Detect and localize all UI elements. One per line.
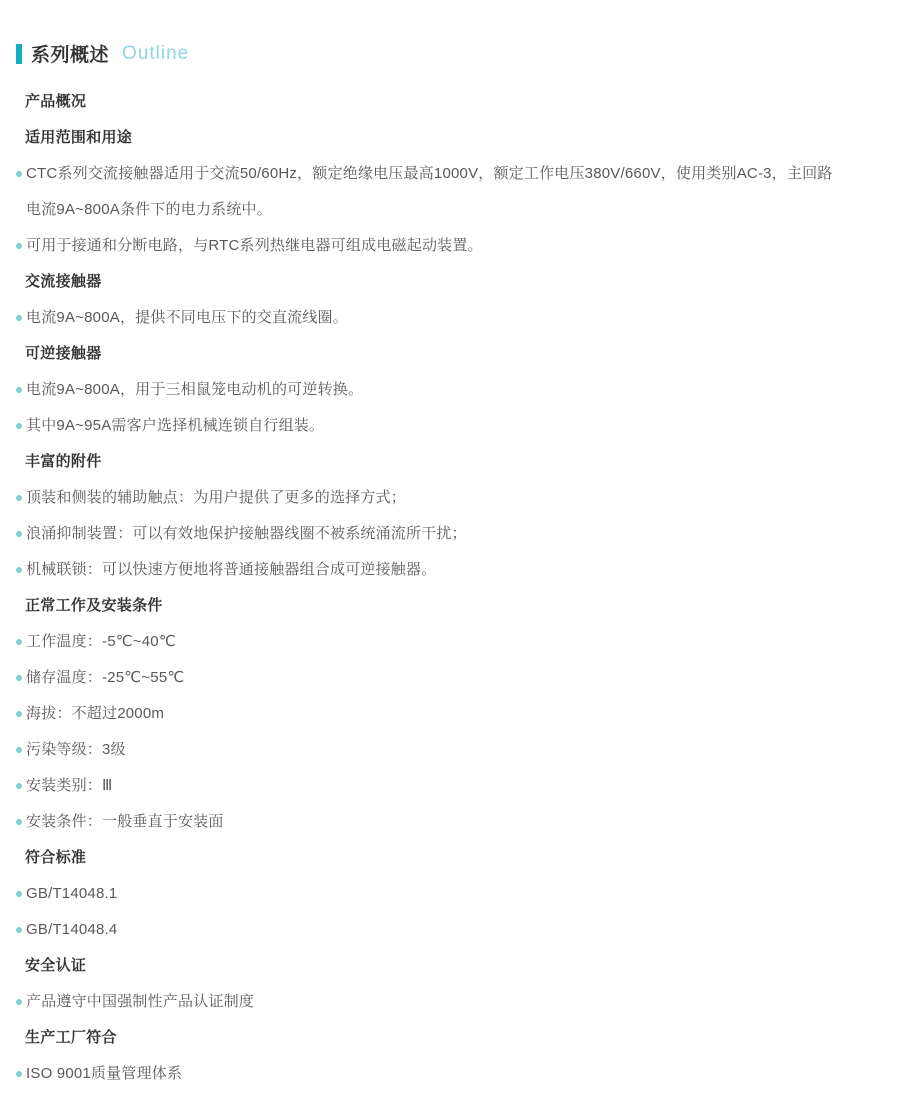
section-heading: 丰富的附件 — [25, 444, 834, 480]
bullet-item: GB/T14048.1 — [16, 876, 834, 912]
bullet-list: GB/T14048.1 GB/T14048.4 — [16, 876, 834, 948]
section-heading: 符合标准 — [25, 840, 834, 876]
section-heading: 适用范围和用途 — [25, 120, 834, 156]
section-heading: 交流接触器 — [25, 264, 834, 300]
bullet-item: 污染等级：3级 — [16, 732, 834, 768]
bullet-text: 电流9A~800A，提供不同电压下的交直流线圈。 — [26, 309, 348, 326]
bullet-text: 浪涌抑制装置：可以有效地保护接触器线圈不被系统涌流所干扰； — [26, 525, 467, 542]
bullet-icon — [16, 819, 22, 825]
bullet-text: 储存温度：-25℃~55℃ — [26, 669, 184, 686]
bullet-item: 储存温度：-25℃~55℃ — [16, 660, 834, 696]
accent-bar-icon — [16, 44, 22, 64]
bullet-item: 电流9A~800A，提供不同电压下的交直流线圈。 — [16, 300, 834, 336]
section-ac-contactor: 交流接触器 电流9A~800A，提供不同电压下的交直流线圈。 — [16, 264, 834, 336]
bullet-list: CTC系列交流接触器适用于交流50/60Hz，额定绝缘电压最高1000V，额定工… — [16, 156, 834, 264]
bullet-icon — [16, 927, 22, 933]
section-heading: 正常工作及安装条件 — [25, 588, 834, 624]
section-reversible-contactor: 可逆接触器 电流9A~800A，用于三相鼠笼电动机的可逆转换。 其中9A~95A… — [16, 336, 834, 444]
document-page: 系列概述 Outline 产品概况 适用范围和用途 CTC系列交流接触器适用于交… — [0, 0, 900, 1109]
bullet-icon — [16, 891, 22, 897]
bullet-icon — [16, 495, 22, 501]
section-safety-certification: 安全认证 产品遵守中国强制性产品认证制度 — [16, 948, 834, 1020]
bullet-item: 安装条件：一般垂直于安装面 — [16, 804, 834, 840]
bullet-text: 工作温度：-5℃~40℃ — [26, 633, 176, 650]
bullet-icon — [16, 675, 22, 681]
bullet-icon — [16, 423, 22, 429]
section-heading: 生产工厂符合 — [25, 1020, 834, 1056]
bullet-icon — [16, 243, 22, 249]
bullet-icon — [16, 1071, 22, 1077]
bullet-list: 工作温度：-5℃~40℃ 储存温度：-25℃~55℃ 海拔：不超过2000m 污… — [16, 624, 834, 840]
bullet-text: GB/T14048.1 — [26, 885, 117, 902]
page-title: 系列概述 — [31, 40, 109, 67]
bullet-icon — [16, 999, 22, 1005]
bullet-item: 电流9A~800A，用于三相鼠笼电动机的可逆转换。 — [16, 372, 834, 408]
bullet-icon — [16, 711, 22, 717]
bullet-text: 其中9A~95A需客户选择机械连锁自行组装。 — [26, 417, 324, 434]
bullet-icon — [16, 171, 22, 177]
bullet-item: 产品遵守中国强制性产品认证制度 — [16, 984, 834, 1020]
section-accessories: 丰富的附件 顶装和侧装的辅助触点：为用户提供了更多的选择方式； 浪涌抑制装置：可… — [16, 444, 834, 588]
bullet-item: 机械联锁：可以快速方便地将普通接触器组合成可逆接触器。 — [16, 552, 834, 588]
bullet-icon — [16, 639, 22, 645]
bullet-text: 安装条件：一般垂直于安装面 — [26, 813, 224, 830]
bullet-item: 其中9A~95A需客户选择机械连锁自行组装。 — [16, 408, 834, 444]
bullet-item: CTC系列交流接触器适用于交流50/60Hz，额定绝缘电压最高1000V，额定工… — [16, 156, 834, 228]
bullet-icon — [16, 567, 22, 573]
section-standards: 符合标准 GB/T14048.1 GB/T14048.4 — [16, 840, 834, 948]
bullet-item: GB/T14048.4 — [16, 912, 834, 948]
bullet-text: 顶装和侧装的辅助触点：为用户提供了更多的选择方式； — [26, 489, 406, 506]
bullet-icon — [16, 387, 22, 393]
section-header: 系列概述 Outline — [16, 0, 834, 67]
bullet-item: 可用于接通和分断电路，与RTC系列热继电器可组成电磁起动装置。 — [16, 228, 834, 264]
bullet-text: 可用于接通和分断电路，与RTC系列热继电器可组成电磁起动装置。 — [26, 237, 483, 254]
bullet-text: 机械联锁：可以快速方便地将普通接触器组合成可逆接触器。 — [26, 561, 436, 578]
bullet-item: ISO 9001质量管理体系 — [16, 1056, 834, 1092]
bullet-list: 产品遵守中国强制性产品认证制度 — [16, 984, 834, 1020]
bullet-list: 电流9A~800A，用于三相鼠笼电动机的可逆转换。 其中9A~95A需客户选择机… — [16, 372, 834, 444]
section-working-conditions: 正常工作及安装条件 工作温度：-5℃~40℃ 储存温度：-25℃~55℃ 海拔：… — [16, 588, 834, 840]
section-heading: 可逆接触器 — [25, 336, 834, 372]
page-subtitle: Outline — [122, 43, 189, 65]
bullet-text: CTC系列交流接触器适用于交流50/60Hz，额定绝缘电压最高1000V，额定工… — [26, 165, 832, 218]
bullet-item: 海拔：不超过2000m — [16, 696, 834, 732]
bullet-icon — [16, 783, 22, 789]
bullet-icon — [16, 315, 22, 321]
bullet-text: 电流9A~800A，用于三相鼠笼电动机的可逆转换。 — [26, 381, 363, 398]
bullet-text: 海拔：不超过2000m — [26, 705, 164, 722]
bullet-text: 污染等级：3级 — [26, 741, 126, 758]
bullet-list: ISO 9001质量管理体系 — [16, 1056, 834, 1092]
bullet-text: GB/T14048.4 — [26, 921, 117, 938]
bullet-item: 浪涌抑制装置：可以有效地保护接触器线圈不被系统涌流所干扰； — [16, 516, 834, 552]
bullet-list: 顶装和侧装的辅助触点：为用户提供了更多的选择方式； 浪涌抑制装置：可以有效地保护… — [16, 480, 834, 588]
section-factory-compliance: 生产工厂符合 ISO 9001质量管理体系 — [16, 1020, 834, 1092]
bullet-text: 产品遵守中国强制性产品认证制度 — [26, 993, 254, 1010]
bullet-item: 安装类别：Ⅲ — [16, 768, 834, 804]
bullet-text: ISO 9001质量管理体系 — [26, 1065, 182, 1082]
section-heading: 产品概况 — [25, 84, 834, 120]
bullet-list: 电流9A~800A，提供不同电压下的交直流线圈。 — [16, 300, 834, 336]
bullet-icon — [16, 747, 22, 753]
section-product-overview: 产品概况 — [16, 84, 834, 120]
bullet-item: 工作温度：-5℃~40℃ — [16, 624, 834, 660]
bullet-item: 顶装和侧装的辅助触点：为用户提供了更多的选择方式； — [16, 480, 834, 516]
bullet-text: 安装类别：Ⅲ — [26, 777, 113, 794]
bullet-icon — [16, 531, 22, 537]
section-heading: 安全认证 — [25, 948, 834, 984]
section-application-scope: 适用范围和用途 CTC系列交流接触器适用于交流50/60Hz，额定绝缘电压最高1… — [16, 120, 834, 264]
